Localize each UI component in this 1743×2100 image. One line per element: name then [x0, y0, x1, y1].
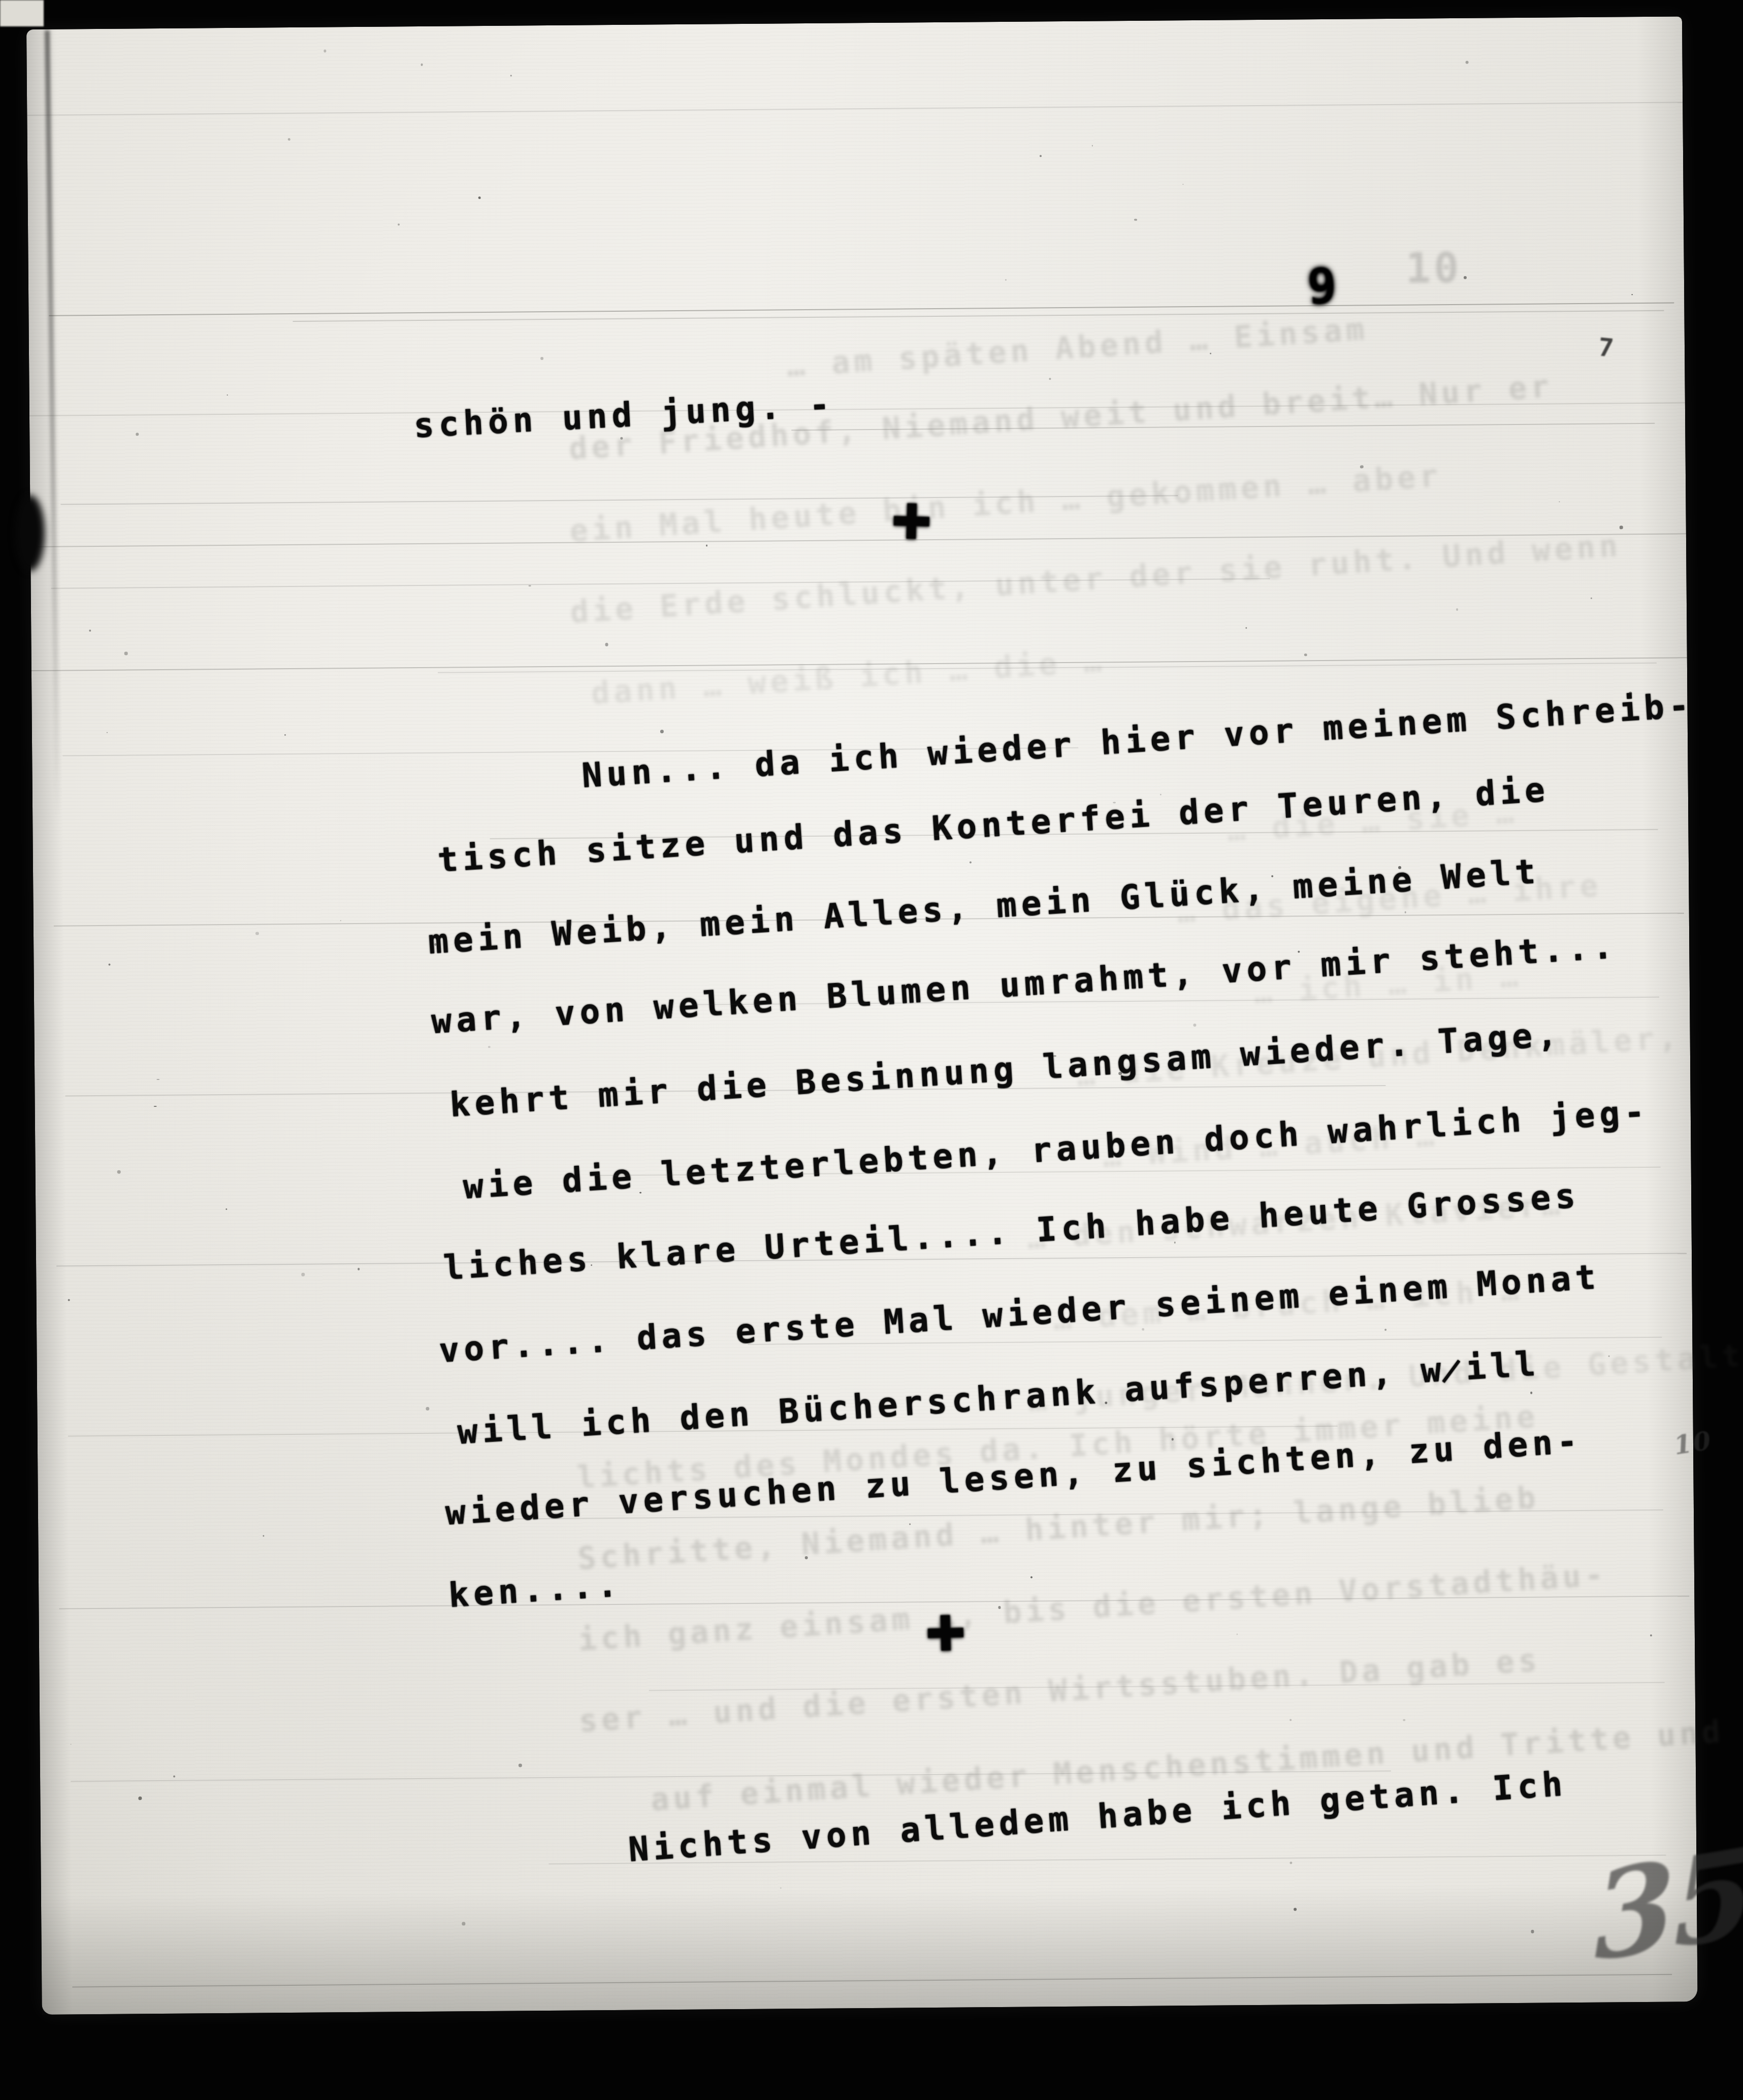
paper-speck — [706, 545, 708, 547]
paper-speck — [124, 652, 127, 655]
paper-speck — [1245, 627, 1247, 629]
paper-speck — [1172, 1438, 1174, 1440]
film-scratch-line — [72, 1974, 1672, 1988]
paper-speck — [287, 138, 290, 141]
paper-speck — [1650, 1634, 1653, 1637]
paper-speck — [136, 433, 139, 436]
paper-speck — [1289, 1719, 1292, 1721]
ghost-page-number-10: 10 — [1405, 244, 1462, 293]
paper-speck — [255, 932, 259, 935]
paper-speck — [1530, 1392, 1533, 1394]
paper-speck — [1620, 526, 1623, 530]
paper-speck — [1304, 653, 1307, 657]
paper-speck — [1142, 1328, 1144, 1330]
paper-speck — [519, 1764, 522, 1767]
paper-speck — [107, 732, 108, 733]
paper-speck — [1463, 276, 1466, 279]
ghost-line: ser … und die ersten Wirtsstuben. Da gab… — [578, 1643, 1542, 1740]
paper-speck — [605, 643, 608, 646]
paper-speck — [1049, 378, 1051, 380]
paper-speck — [1105, 1401, 1107, 1404]
paper-speck — [301, 1273, 305, 1276]
paper-speck — [462, 1922, 465, 1925]
film-scratch-line — [27, 102, 1683, 116]
paper-speck — [1005, 279, 1007, 281]
paper-speck — [227, 394, 228, 395]
paper-speck — [1030, 1577, 1032, 1579]
paper-speck — [1591, 598, 1592, 599]
paper-speck — [909, 1523, 911, 1525]
paper-speck — [621, 437, 623, 440]
paper-speck — [225, 1208, 227, 1210]
separator-cross-icon: ✚ — [924, 1605, 966, 1663]
paper-speck — [528, 585, 531, 586]
ghost-line: dann … weiß ich … die … — [590, 643, 1107, 711]
film-edge-notch — [0, 0, 44, 26]
paper-speck — [1456, 608, 1458, 610]
paper-speck — [970, 861, 972, 863]
margin-mark-7: 7 — [1597, 332, 1615, 363]
paper-speck — [108, 964, 110, 966]
paper-speck — [1559, 501, 1560, 502]
paper-speck — [68, 1299, 70, 1301]
paper-speck — [1384, 1329, 1386, 1331]
paper-speck — [421, 63, 423, 65]
pencil-margin-number-10: 10 — [1672, 1425, 1714, 1460]
paper-speck — [1118, 1072, 1122, 1075]
paper-speck — [488, 1046, 491, 1048]
paper-speck — [117, 1170, 121, 1174]
typed-page-number-9: 9 — [1306, 257, 1338, 315]
paper-speck — [1228, 1808, 1230, 1811]
paper-speck — [1134, 219, 1138, 221]
paper-speck — [1466, 60, 1469, 63]
paper-speck — [1403, 1719, 1405, 1721]
paper-speck — [324, 50, 326, 52]
film-scratch-line — [49, 303, 1674, 316]
paper-speck — [157, 1079, 160, 1080]
paper-speck — [340, 920, 341, 921]
paper-speck — [1182, 184, 1183, 185]
paper-speck — [540, 357, 543, 360]
paper-speck — [263, 1535, 264, 1536]
paper-speck — [434, 943, 437, 945]
paper-speck — [1113, 802, 1116, 804]
paper-speck — [1629, 692, 1632, 695]
paper-speck — [1405, 911, 1406, 913]
ghost-line: … am späten Abend … Einsam — [786, 311, 1369, 384]
paper-speck — [1237, 1634, 1238, 1635]
handwritten-folio-number-35: 35 — [1592, 1821, 1743, 1989]
paper-speck — [478, 196, 480, 199]
ghost-line: ich ganz einsam …, bis die ersten Vorsta… — [577, 1557, 1608, 1658]
film-frame: … am späten Abend … Einsamder Friedhof, … — [0, 0, 1743, 2100]
document-page: … am späten Abend … Einsamder Friedhof, … — [26, 16, 1698, 2014]
paper-speck — [1091, 145, 1093, 147]
typed-line: ken.... — [447, 1565, 623, 1615]
paper-speck — [510, 75, 512, 77]
page-content: … am späten Abend … Einsamder Friedhof, … — [26, 16, 1698, 2014]
paper-speck — [70, 1744, 71, 1745]
ghost-line: ein Mal heute bin ich … gekommen … aber — [569, 458, 1443, 549]
paper-speck — [660, 730, 664, 734]
paper-speck — [398, 223, 400, 226]
paper-speck — [89, 630, 91, 632]
paper-speck — [1193, 1024, 1197, 1027]
paper-speck — [284, 734, 285, 735]
paper-speck — [1531, 1930, 1534, 1933]
paper-speck — [1040, 155, 1042, 157]
separator-cross-icon: ✚ — [890, 493, 932, 551]
paper-speck — [780, 1887, 781, 1888]
paper-speck — [1174, 1242, 1175, 1244]
paper-speck — [1271, 875, 1273, 877]
paper-speck — [998, 1606, 1001, 1609]
paper-speck — [1632, 294, 1633, 295]
film-edge-blob — [15, 495, 45, 571]
paper-speck — [358, 1268, 360, 1270]
paper-speck — [1298, 950, 1300, 953]
paper-speck — [1294, 1908, 1297, 1911]
paper-speck — [154, 1106, 157, 1107]
paper-speck — [1053, 1055, 1056, 1057]
paper-speck — [173, 1775, 175, 1777]
paper-speck — [1289, 1861, 1292, 1864]
paper-speck — [426, 1407, 430, 1410]
paper-speck — [138, 1796, 142, 1800]
